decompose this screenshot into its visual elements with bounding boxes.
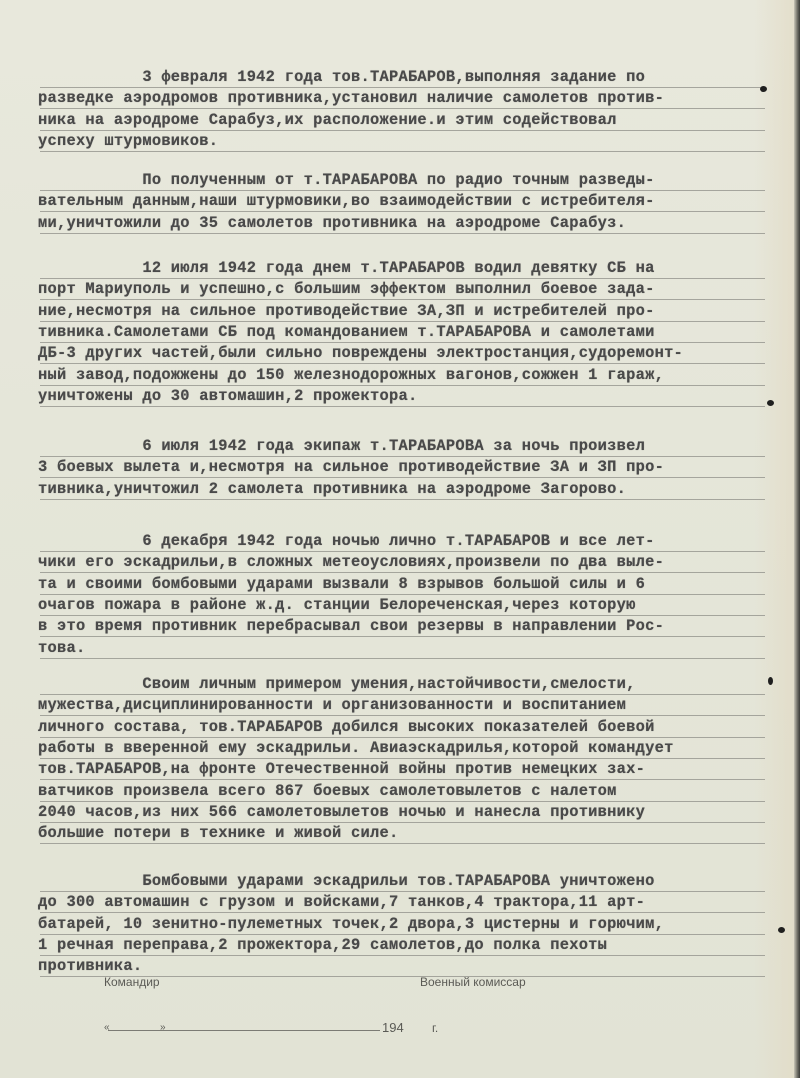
text-line: тов.ТАРАБАРОВ,на фронте Отечественной во… xyxy=(38,760,778,778)
ruled-line xyxy=(40,278,765,279)
text-line: 2040 часов,из них 566 самолетовылетов но… xyxy=(38,803,778,821)
ruled-line xyxy=(40,151,765,152)
text-line: разведке аэродромов противника,установил… xyxy=(38,89,778,107)
text-line: 6 июля 1942 года экипаж т.ТАРАБАРОВА за … xyxy=(38,437,778,455)
ruled-line xyxy=(40,636,765,637)
date-open-quote: « xyxy=(104,1022,110,1033)
text-line: Своим личным примером умения,настойчивос… xyxy=(38,675,778,693)
text-line: ный завод,подожжены до 150 железнодорожн… xyxy=(38,366,778,384)
ink-spot xyxy=(778,927,785,933)
ruled-line xyxy=(40,321,765,322)
ruled-line xyxy=(40,190,765,191)
text-line: порт Мариуполь и успешно,с большим эффек… xyxy=(38,280,778,298)
text-line: Бомбовыми ударами эскадрильи тов.ТАРАБАР… xyxy=(38,872,778,890)
text-line: 3 февраля 1942 года тов.ТАРАБАРОВ,выполн… xyxy=(38,68,778,86)
text-line: 6 декабря 1942 года ночью лично т.ТАРАБА… xyxy=(38,532,778,550)
text-line: ника на аэродроме Сарабуз,их расположени… xyxy=(38,111,778,129)
text-line: ватчиков произвела всего 867 боевых само… xyxy=(38,782,778,800)
date-fill-line xyxy=(108,1030,380,1031)
ink-spot xyxy=(760,86,767,92)
ruled-line xyxy=(40,342,765,343)
text-line: ми,уничтожили до 35 самолетов противника… xyxy=(38,214,778,232)
ruled-line xyxy=(40,934,765,935)
text-line: чики его эскадрильи,в сложных метеоуслов… xyxy=(38,553,778,571)
text-line: та и своими бомбовыми ударами вызвали 8 … xyxy=(38,575,778,593)
ruled-line xyxy=(40,758,765,759)
ruled-line xyxy=(40,801,765,802)
ruled-line xyxy=(40,715,765,716)
text-line: 1 речная переправа,2 прожектора,29 самол… xyxy=(38,936,778,954)
text-line: вательным данным,наши штурмовики,во взаи… xyxy=(38,192,778,210)
commissar-label: Военный комиссар xyxy=(420,975,526,989)
ruled-line xyxy=(40,87,765,88)
page-edge xyxy=(794,0,800,1078)
ink-spot xyxy=(768,677,773,685)
text-line: очагов пожара в районе ж.д. станции Бело… xyxy=(38,596,778,614)
text-line: личного состава, тов.ТАРАБАРОВ добился в… xyxy=(38,718,778,736)
text-line: противника. xyxy=(38,957,778,975)
text-line: ДБ-3 других частей,были сильно поврежден… xyxy=(38,344,778,362)
ruled-line xyxy=(40,385,765,386)
text-line: уничтожены до 30 автомашин,2 прожектора. xyxy=(38,387,778,405)
commander-label: Командир xyxy=(104,975,160,989)
text-line: работы в вверенной ему эскадрильи. Авиаэ… xyxy=(38,739,778,757)
text-line: тивника,уничтожил 2 самолета противника … xyxy=(38,480,778,498)
ruled-line xyxy=(40,694,765,695)
ruled-line xyxy=(40,955,765,956)
ruled-line xyxy=(40,456,765,457)
year-label: 194 xyxy=(382,1020,404,1035)
ink-spot xyxy=(767,400,774,406)
text-line: 12 июля 1942 года днем т.ТАРАБАРОВ водил… xyxy=(38,259,778,277)
text-line: ние,несмотря на сильное противодействие … xyxy=(38,302,778,320)
ruled-line xyxy=(40,912,765,913)
ruled-line xyxy=(40,615,765,616)
ruled-line xyxy=(40,572,765,573)
ruled-line xyxy=(40,363,765,364)
ruled-line xyxy=(40,233,765,234)
text-line: до 300 автомашин с грузом и войсками,7 т… xyxy=(38,893,778,911)
text-line: По полученным от т.ТАРАБАРОВА по радио т… xyxy=(38,171,778,189)
ruled-line xyxy=(40,737,765,738)
text-line: тивника.Самолетами СБ под командованием … xyxy=(38,323,778,341)
text-line: в это время противник перебрасывал свои … xyxy=(38,617,778,635)
ruled-line xyxy=(40,891,765,892)
text-line: успеху штурмовиков. xyxy=(38,132,778,150)
text-line: 3 боевых вылета и,несмотря на сильное пр… xyxy=(38,458,778,476)
ruled-line xyxy=(40,130,765,131)
date-close-quote: » xyxy=(160,1022,166,1033)
ruled-line xyxy=(40,594,765,595)
ruled-line xyxy=(40,299,765,300)
year-suffix: г. xyxy=(432,1021,438,1035)
ruled-line xyxy=(40,658,765,659)
ruled-line xyxy=(40,477,765,478)
text-line: батарей, 10 зенитно-пулеметных точек,2 д… xyxy=(38,915,778,933)
ruled-line xyxy=(40,211,765,212)
ruled-line xyxy=(40,499,765,500)
text-line: това. xyxy=(38,639,778,657)
ruled-line xyxy=(40,551,765,552)
text-line: мужества,дисциплинированности и организо… xyxy=(38,696,778,714)
text-line: большие потери в технике и живой силе. xyxy=(38,824,778,842)
ruled-line xyxy=(40,406,765,407)
ruled-line xyxy=(40,779,765,780)
ruled-line xyxy=(40,843,765,844)
ruled-line xyxy=(40,822,765,823)
ruled-line xyxy=(40,108,765,109)
